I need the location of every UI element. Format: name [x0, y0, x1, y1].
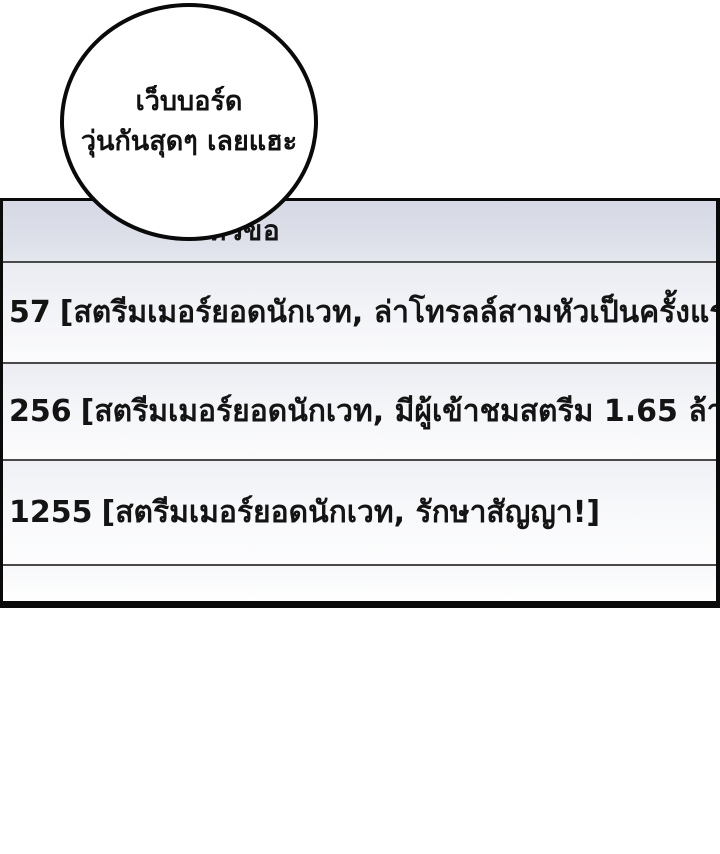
empty-row: [3, 566, 716, 601]
board-row[interactable]: 1255 [สตรีมเมอร์ยอดนักเวท, รักษาสัญญา!]: [3, 461, 716, 566]
thread-number: 1255: [9, 495, 93, 530]
bubble-text-line2: วุ่นกันสุดๆ เลยแฮะ: [81, 122, 297, 162]
comic-panel: หัวข้อ 57 [สตรีมเมอร์ยอดนักเวท, ล่าโทรลล…: [0, 0, 720, 854]
thread-title: [สตรีมเมอร์ยอดนักเวท, มีผู้เข้าชมสตรีม 1…: [81, 388, 716, 435]
board-row[interactable]: 256 [สตรีมเมอร์ยอดนักเวท, มีผู้เข้าชมสตร…: [3, 364, 716, 461]
speech-bubble: เว็บบอร์ด วุ่นกันสุดๆ เลยแฮะ: [60, 3, 318, 241]
webboard-table: หัวข้อ 57 [สตรีมเมอร์ยอดนักเวท, ล่าโทรลล…: [0, 198, 720, 608]
thread-title: [สตรีมเมอร์ยอดนักเวท, รักษาสัญญา!]: [102, 489, 601, 536]
board-row[interactable]: 57 [สตรีมเมอร์ยอดนักเวท, ล่าโทรลล์สามหัว…: [3, 263, 716, 364]
thread-number: 256: [9, 394, 72, 429]
thread-title: [สตรีมเมอร์ยอดนักเวท, ล่าโทรลล์สามหัวเป็…: [60, 289, 716, 336]
bubble-text-line1: เว็บบอร์ด: [136, 82, 243, 122]
thread-number: 57: [9, 295, 51, 330]
